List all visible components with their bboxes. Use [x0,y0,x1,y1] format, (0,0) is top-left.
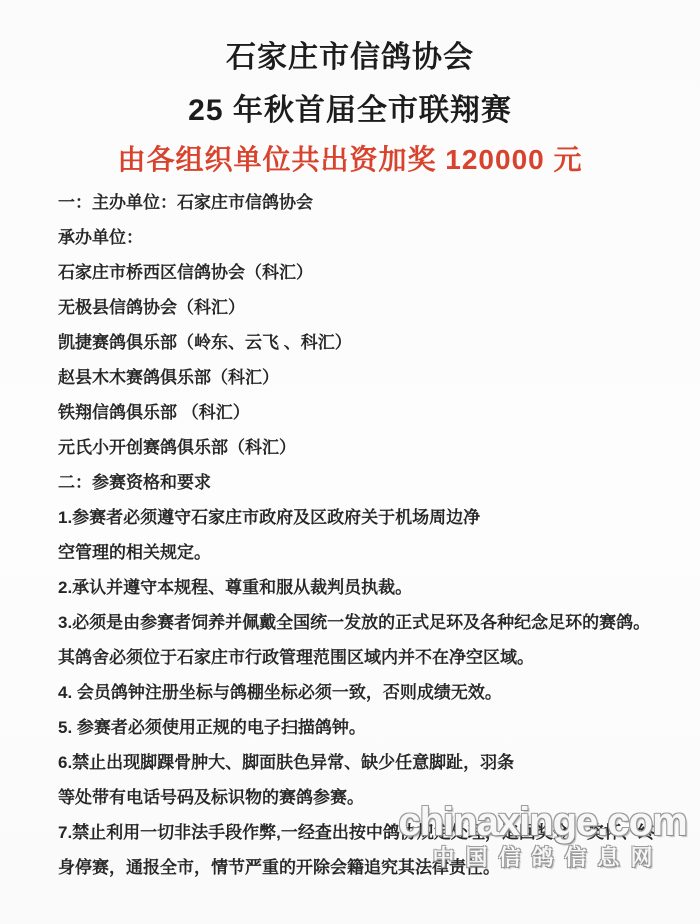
document-body: 一：主办单位：石家庄市信鸽协会 承办单位： 石家庄市桥西区信鸽协会（科汇） 无极… [0,185,700,885]
doc-line: 等处带有电话号码及标识物的赛鸽参赛。 [58,780,680,815]
doc-line: 6.禁止出现脚踝骨肿大、脚面肤色异常、缺少任意脚趾，羽条 [58,745,680,780]
doc-line: 承办单位： [58,220,680,255]
document-page: 石家庄市信鸽协会 25 年秋首届全市联翔赛 由各组织单位共出资加奖 120000… [0,0,700,924]
doc-line: 石家庄市桥西区信鸽协会（科汇） [58,255,680,290]
doc-line: 其鸽舍必须位于石家庄市行政管理范围区域内并不在净空区域。 [58,640,680,675]
doc-line: 5. 参赛者必须使用正规的电子扫描鸽钟。 [58,710,680,745]
doc-line: 身停赛，通报全市，情节严重的开除会籍追究其法律责任。 [58,850,680,885]
doc-line: 凯捷赛鸽俱乐部（岭东、云飞 、科汇） [58,325,680,360]
doc-line: 4. 会员鸽钟注册坐标与鸽棚坐标必须一致，否则成绩无效。 [58,675,680,710]
doc-line: 1.参赛者必须遵守石家庄市政府及区政府关于机场周边净 [58,500,680,535]
document-header: 石家庄市信鸽协会 25 年秋首届全市联翔赛 由各组织单位共出资加奖 120000… [0,0,700,176]
doc-line: 无极县信鸽协会（科汇） [58,290,680,325]
prize-line: 由各组织单位共出资加奖 120000 元 [0,143,700,176]
document-title-line1: 石家庄市信鸽协会 [0,40,700,76]
doc-line: 元氏小开创赛鸽俱乐部（科汇） [58,430,680,465]
doc-line: 2.承认并遵守本规程、尊重和服从裁判员执裁。 [58,570,680,605]
doc-line: 赵县木木赛鸽俱乐部（科汇） [58,360,680,395]
document-title-line2: 25 年秋首届全市联翔赛 [0,93,700,129]
doc-line: 空管理的相关规定。 [58,535,680,570]
doc-line: 一：主办单位：石家庄市信鸽协会 [58,185,680,220]
doc-line: 二：参赛资格和要求 [58,465,680,500]
doc-line: 3.必须是由参赛者饲养并佩戴全国统一发放的正式足环及各种纪念足环的赛鸽。 [58,605,680,640]
doc-line: 7.禁止利用一切非法手段作弊,一经查出按中鸽协规定处理，追回奖金、奖杯、终 [58,815,680,850]
doc-line: 铁翔信鸽俱乐部 （科汇） [58,395,680,430]
